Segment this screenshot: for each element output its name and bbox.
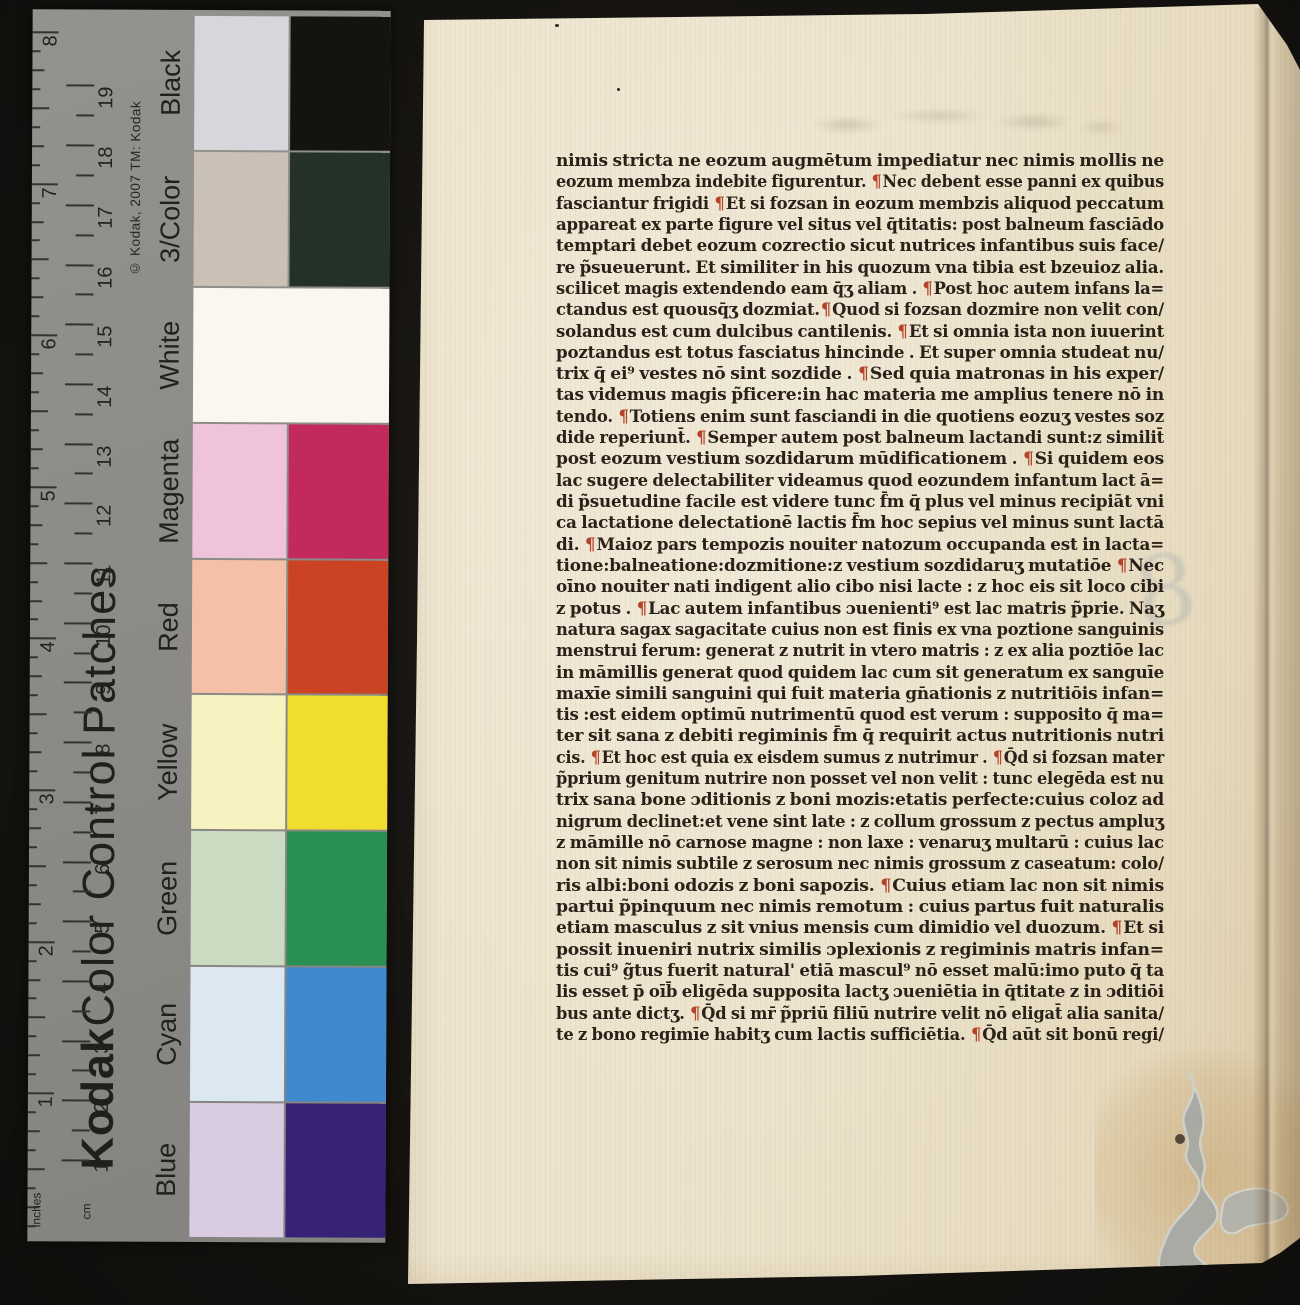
rubrication-mark: ¶ [898, 321, 908, 341]
ruler-tick [31, 429, 39, 431]
patch-label: 3/Color [149, 149, 192, 289]
cm-unit-label: cm [79, 1179, 93, 1219]
text-line: te z bono regimīe habitʒ cum lactis suff… [556, 1024, 1166, 1045]
patch-label: Green [147, 828, 190, 968]
text-line: eozum membza indebite figurentur. ¶Nec d… [556, 171, 1166, 192]
rubrication-mark: ¶ [971, 1024, 981, 1044]
text-line-content: nimis stricta ne eozum augmētum impediat… [556, 150, 1164, 170]
ruler-tick [66, 264, 94, 266]
ruler-tick [29, 922, 37, 924]
ruler-tick [74, 533, 92, 535]
ruler-number: 5 [93, 923, 113, 934]
ruler-tick [31, 372, 43, 374]
ruler-tick [29, 941, 55, 943]
ink-offset-smudge [810, 90, 1120, 148]
text-line: poztandus est totus fasciatus hincinde .… [556, 342, 1166, 363]
text-line: oīno nouiter nati indigent alio cibo nis… [556, 576, 1166, 597]
text-line: tis cui⁹ g̃tus fuerit natural' etiā masc… [556, 960, 1166, 981]
ruler-tick [66, 204, 94, 206]
ruler-tick [30, 713, 47, 715]
rubrication-mark: ¶ [993, 747, 1003, 767]
text-line: appareat ex parte figure vel situs vel q… [556, 214, 1166, 235]
color-patch-solid [286, 968, 387, 1102]
ruler-tick [31, 448, 43, 450]
text-line-content: ris albi:boni odozis z boni sapozis. ¶Cu… [556, 875, 1164, 895]
text-line: possit inueniri nutrix similis ɔplexioni… [556, 939, 1166, 960]
text-line-content: poztandus est totus fasciatus hincinde .… [556, 342, 1164, 362]
ruler-tick [28, 1130, 40, 1132]
text-line: scilicet magis extendendo eam q̄ʒ aliam … [556, 278, 1166, 299]
ruler-number: 19 [96, 87, 116, 109]
ruler-tick [64, 682, 92, 684]
rubrication-mark: ¶ [591, 747, 601, 767]
gutter-shadow [1271, 0, 1300, 1305]
ruler-number: 1 [36, 1096, 56, 1107]
ruler-tick [28, 1036, 36, 1038]
ruler-tick [31, 467, 39, 469]
ruler-tick [32, 278, 40, 280]
text-line-content: possit inueniri nutrix similis ɔplexioni… [556, 939, 1164, 959]
ruler-number: 8 [93, 744, 113, 755]
patch-row-yellow [191, 695, 388, 830]
ruler-tick [63, 861, 91, 863]
ruler-tick [29, 808, 37, 810]
ruler-tick [30, 619, 38, 621]
text-line: di. ¶Maioz pars tempozis nouiter natozum… [556, 534, 1166, 555]
ruler-tick [30, 581, 38, 583]
ruler-tick [28, 1092, 54, 1094]
text-line: tendo. ¶Totiens enim sunt fasciandi in d… [556, 406, 1166, 427]
text-line-content: di. ¶Maioz pars tempozis nouiter natozum… [556, 534, 1164, 554]
ruler-number: 13 [95, 445, 115, 467]
ruler-tick [30, 562, 47, 564]
color-patch-solid [288, 424, 389, 558]
ruler-tick [72, 1010, 90, 1012]
text-line-content: natura sagax sagacitate cuius non est fi… [556, 619, 1164, 639]
text-line: lis esset p̄ oīb̄ eligēda supposita lact… [556, 981, 1166, 1002]
rubrication-mark: ¶ [715, 193, 725, 213]
text-line: partui p̃pinquum nec nimis remotum : cui… [556, 896, 1166, 917]
text-line-content: tendo. ¶Totiens enim sunt fasciandi in d… [556, 406, 1164, 426]
ruler-tick [31, 334, 57, 336]
ruler-tick [73, 950, 91, 952]
ruler-tick [32, 88, 40, 90]
text-line-content: fasciantur frigidi ¶Et si fozsan in eozu… [556, 193, 1164, 213]
patch-row-green [191, 831, 388, 966]
ink-speck [617, 88, 620, 91]
ruler-tick [76, 234, 94, 236]
ruler-number: 7 [40, 187, 60, 198]
text-line: tas videmus magis p̃ficere:in hac materi… [556, 384, 1166, 405]
color-patch-tint [192, 424, 287, 558]
text-line: maxīe simili sanguini qui fuit materia g… [556, 683, 1166, 704]
text-line-content: trix sana bone ɔditionis z boni mozis:et… [556, 789, 1164, 809]
rubrication-mark: ¶ [858, 363, 869, 383]
ruler-tick [75, 353, 93, 355]
text-line-content: bus ante dictʒ. ¶Q̄d si mr̄ p̃priū filiū… [556, 1003, 1164, 1023]
text-line-content: oīno nouiter nati indigent alio cibo nis… [556, 576, 1164, 596]
text-line-content: lac sugere delectabiliter videamus quod … [556, 470, 1164, 490]
patch-labels: Black3/ColorWhiteMagentaRedYellowGreenCy… [33, 9, 391, 11]
ruler-tick [31, 391, 39, 393]
ruler-tick [28, 998, 36, 1000]
ruler-tick [73, 771, 91, 773]
ruler-tick [63, 921, 91, 923]
text-line: re p̃sueuerunt. Et similiter in his quoz… [556, 257, 1166, 278]
ruler-tick [31, 297, 43, 299]
ruler-tick [30, 638, 56, 640]
ruler-number: 4 [38, 642, 58, 653]
text-line-content: lis esset p̄ oīb̄ eligēda supposita lact… [556, 981, 1164, 1001]
color-patch-solid [287, 696, 388, 830]
ruler-tick [29, 903, 41, 905]
ruler-tick [31, 315, 39, 317]
rubrication-mark: ¶ [923, 278, 933, 298]
text-line-content: solandus est cum dulcibus cantilenis. ¶E… [556, 321, 1164, 341]
text-line-content: temptari debet eozum cozrectio sicut nut… [556, 235, 1164, 255]
text-line-content: z potus . ¶Lac autem infantibus ɔuenient… [556, 598, 1164, 618]
ruler-number: 10 [94, 624, 114, 646]
ruler-tick [75, 294, 93, 296]
ruler-tick [32, 221, 44, 223]
color-patch-tint [191, 695, 286, 829]
color-patch-tint [189, 1103, 284, 1237]
ruler-tick [32, 240, 40, 242]
text-line: bus ante dictʒ. ¶Q̄d si mr̄ p̃priū filiū… [556, 1003, 1166, 1024]
ruler-scales: 1234567891011121314151617181987654321 [33, 9, 391, 11]
ruler-tick [29, 770, 37, 772]
patch-row-red [192, 559, 389, 694]
ruler-tick [32, 259, 49, 261]
ruler-number: 6 [93, 863, 113, 874]
text-line-content: te z bono regimīe habitʒ cum lactis suff… [556, 1024, 1164, 1044]
ruler-tick [29, 865, 46, 867]
ruler-number: 4 [92, 982, 112, 993]
ruler-tick [28, 979, 40, 981]
text-line-content: trix q̄ ei⁹ vestes nō sint sozdide . ¶Se… [556, 363, 1164, 383]
patch-row-3-color [193, 152, 390, 287]
ruler-tick [65, 324, 93, 326]
ruler-tick [32, 164, 40, 166]
patch-label: Cyan [146, 964, 189, 1104]
text-line: tis :est eidem optimū nutrimentū quod es… [556, 704, 1166, 725]
patch-row-black [194, 16, 391, 151]
ruler-tick [30, 694, 38, 696]
text-line-content: tis :est eidem optimū nutrimentū quod es… [556, 704, 1164, 724]
ruler-number: 16 [95, 266, 115, 288]
ruler-tick [32, 145, 44, 147]
ruler-tick [33, 50, 41, 52]
ruler-tick [72, 1070, 90, 1072]
ruler-tick [74, 652, 92, 654]
ruler-tick [29, 960, 37, 962]
rubrication-mark: ¶ [637, 598, 647, 618]
text-line: etiam masculus z sit vnius mensis cum di… [556, 917, 1166, 938]
text-line-content: post eozum vestium sozdidarum mūdificati… [556, 448, 1164, 468]
text-line: z potus . ¶Lac autem infantibus ɔuenient… [556, 598, 1166, 619]
ruler-number: 14 [95, 385, 115, 407]
ruler-tick [32, 183, 58, 185]
text-line: ter sit sana z debiti regiminis f̄m q̄ r… [556, 725, 1166, 746]
ruler-tick [31, 410, 48, 412]
text-line-content: ctandus est quousq̄ʒ dozmiat.¶Quod si fo… [556, 299, 1164, 319]
ruler-tick [30, 657, 38, 659]
text-line: nimis stricta ne eozum augmētum impediat… [556, 150, 1166, 171]
color-patch-tint [191, 831, 286, 965]
rubrication-mark: ¶ [1112, 917, 1123, 937]
rubrication-mark: ¶ [872, 171, 882, 191]
text-line-content: scilicet magis extendendo eam q̄ʒ aliam … [556, 278, 1164, 298]
text-line-content: ca lactatione delectationē lactis f̄m ho… [556, 512, 1164, 532]
color-patch-solid [288, 560, 389, 694]
text-line-content: nigrum declinet:et vene sint late : z co… [556, 811, 1164, 831]
text-line: ca lactatione delectationē lactis f̄m ho… [556, 512, 1166, 533]
patch-label: Black [150, 13, 193, 153]
ruler-tick [65, 383, 93, 385]
ruler-tick [75, 473, 93, 475]
ruler-tick [62, 1040, 90, 1042]
ruler-tick [32, 126, 40, 128]
ruler-tick [63, 741, 91, 743]
text-line: lac sugere delectabiliter videamus quod … [556, 470, 1166, 491]
ruler-tick [62, 980, 90, 982]
color-patch-tint [192, 559, 287, 693]
ruler-number: 3 [37, 793, 57, 804]
rubrication-mark: ¶ [696, 427, 706, 447]
text-line: temptari debet eozum cozrectio sicut nut… [556, 235, 1166, 256]
text-line-content: etiam masculus z sit vnius mensis cum di… [556, 917, 1164, 937]
ruler-tick [29, 846, 37, 848]
ruler-number: 12 [94, 505, 114, 527]
ruler-tick [30, 524, 42, 526]
color-patch [193, 288, 390, 423]
ruler-tick [32, 69, 44, 71]
ruler-number: 9 [94, 684, 114, 695]
patch-row-magenta [192, 424, 389, 559]
ruler-tick [62, 1159, 90, 1161]
rubrication-mark: ¶ [618, 406, 628, 426]
patch-row-blue [189, 1103, 386, 1238]
color-patch-tint [194, 16, 289, 150]
ruler-tick [30, 732, 38, 734]
text-line-content: menstrui ferum: generat z nutrit in vter… [556, 640, 1164, 660]
ruler-tick [30, 600, 42, 602]
patch-label: Blue [145, 1100, 188, 1240]
text-line-content: tas videmus magis p̃ficere:in hac materi… [556, 384, 1164, 404]
ruler-tick [30, 676, 42, 678]
card-copyright: © Kodak, 2007 TM: Kodak [128, 36, 149, 276]
text-line-content: cis. ¶Et hoc est quia ex eisdem sumus z … [556, 747, 1164, 767]
text-line: in māmillis generat quod quidem lac cum … [556, 662, 1166, 683]
ruler-tick [28, 1017, 45, 1019]
ruler-tick [64, 622, 92, 624]
ruler-number: 17 [96, 206, 116, 228]
ruler-tick [29, 884, 37, 886]
ruler-tick [31, 353, 39, 355]
rubrication-mark: ¶ [585, 534, 595, 554]
color-patch-solid [285, 1103, 386, 1237]
ruler-tick [76, 115, 94, 117]
ruler-number: 2 [37, 945, 57, 956]
patch-label: White [149, 284, 192, 424]
ruler-tick [73, 831, 91, 833]
ruler-tick [29, 751, 41, 753]
ruler-tick [32, 107, 49, 109]
ruler-number: 5 [39, 490, 59, 501]
ruler-tick [28, 1149, 36, 1151]
text-line: nigrum declinet:et vene sint late : z co… [556, 811, 1166, 832]
ruler-tick [33, 31, 59, 33]
ruler-tick [74, 712, 92, 714]
text-line: natura sagax sagacitate cuius non est fi… [556, 619, 1166, 640]
ruler-number: 3 [92, 1042, 112, 1053]
text-line: p̃prium genitum nutrire non posset vel n… [556, 768, 1166, 789]
text-line-content: appareat ex parte figure vel situs vel q… [556, 214, 1164, 234]
ruler-tick [65, 443, 93, 445]
ruler-tick [66, 85, 94, 87]
text-line: cis. ¶Et hoc est quia ex eisdem sumus z … [556, 747, 1166, 768]
text-line-content: in māmillis generat quod quidem lac cum … [556, 662, 1164, 682]
text-line-content: z māmille nō carnose magne : non laxe : … [556, 832, 1164, 852]
text-line: tione:balneatione:dozmitione:z vestium s… [556, 555, 1166, 576]
text-line: trix q̄ ei⁹ vestes nō sint sozdide . ¶Se… [556, 363, 1166, 384]
patch-row-white [193, 288, 390, 423]
color-patch-tint [190, 967, 285, 1101]
patch-label: Magenta [148, 420, 191, 560]
patch-row-cyan [190, 967, 387, 1102]
ruler-number: 8 [41, 35, 61, 46]
ruler-tick [28, 1111, 36, 1113]
ruler-tick [72, 1130, 90, 1132]
ruler-tick [30, 543, 38, 545]
card-title: Kodak Color Control Patches [72, 157, 128, 1169]
ruler-tick [64, 562, 92, 564]
ruler-tick [73, 891, 91, 893]
patch-label: Red [148, 556, 191, 696]
ruler-number: 15 [95, 326, 115, 348]
rubrication-mark: ¶ [690, 1003, 700, 1023]
text-line: dide reperiunt̄. ¶Semper autem post baln… [556, 427, 1166, 448]
text-line-content: tis cui⁹ g̃tus fuerit natural' etiā masc… [556, 960, 1164, 980]
ruler-number: 7 [93, 803, 113, 814]
text-line: z māmille nō carnose magne : non laxe : … [556, 832, 1166, 853]
ruler-tick [65, 503, 93, 505]
color-patch-solid [287, 832, 388, 966]
text-line: solandus est cum dulcibus cantilenis. ¶E… [556, 321, 1166, 342]
ruler-tick [29, 827, 41, 829]
text-line-content: non sit nimis subtile z serosum nec nimi… [556, 853, 1164, 873]
ruler-tick [63, 801, 91, 803]
patch-label: Yellow [147, 692, 190, 832]
ruler-number: 6 [39, 338, 59, 349]
color-patch-tint [193, 152, 288, 286]
text-line-content: p̃prium genitum nutrire non posset vel n… [556, 768, 1164, 788]
text-line-content: tione:balneatione:dozmitione:z vestium s… [556, 555, 1164, 575]
ruler-tick [29, 789, 55, 791]
color-patch-column [189, 16, 390, 1240]
text-line: post eozum vestium sozdidarum mūdificati… [556, 448, 1166, 469]
text-line-content: re p̃sueuerunt. Et similiter in his quoz… [556, 257, 1164, 277]
color-patch-solid [290, 16, 391, 150]
text-line: fasciantur frigidi ¶Et si fozsan in eozu… [556, 193, 1166, 214]
text-line: ris albi:boni odozis z boni sapozis. ¶Cu… [556, 875, 1166, 896]
ruler-tick [28, 1055, 40, 1057]
ruler-tick [31, 505, 39, 507]
text-line-content: di p̃suetudine facile est videre tunc f̄… [556, 491, 1164, 511]
ruler-tick [32, 202, 40, 204]
ruler-tick [66, 144, 94, 146]
ruler-tick [31, 486, 57, 488]
ruler-tick [62, 1100, 90, 1102]
wormhole-dot [1175, 1134, 1185, 1144]
inches-unit-label: inches [29, 1167, 43, 1227]
text-line-content: partui p̃pinquum nec nimis remotum : cui… [556, 896, 1164, 916]
text-line: trix sana bone ɔditionis z boni mozis:et… [556, 789, 1166, 810]
rubrication-mark: ¶ [1023, 448, 1034, 468]
ruler-tick [76, 174, 94, 176]
ruler-number: 18 [96, 147, 116, 169]
ruler-number: 11 [94, 564, 114, 585]
ruler-number: 2 [92, 1102, 112, 1113]
printed-text-block: nimis stricta ne eozum augmētum impediat… [556, 150, 1166, 1045]
color-patch-solid [289, 152, 390, 286]
text-line: ctandus est quousq̄ʒ dozmiat.¶Quod si fo… [556, 299, 1166, 320]
text-line: di p̃suetudine facile est videre tunc f̄… [556, 491, 1166, 512]
photo-of-incunabulum-with-color-card: Kodak Color Control Patches © Kodak, 200… [0, 0, 1300, 1305]
ruler-number: 1 [92, 1161, 112, 1172]
ruler-tick [74, 592, 92, 594]
ink-speck [555, 24, 559, 27]
rubrication-mark: ¶ [1117, 555, 1127, 575]
kodak-color-card: Kodak Color Control Patches © Kodak, 200… [27, 9, 390, 1243]
rubrication-mark: ¶ [821, 299, 831, 319]
manuscript-leaf: 8 nimis stricta ne eozum augmētum impedi… [405, 0, 1300, 1305]
ruler-tick [28, 1073, 36, 1075]
rubrication-mark: ¶ [880, 875, 891, 895]
text-line: menstrui ferum: generat z nutrit in vter… [556, 640, 1166, 661]
ruler-tick [75, 413, 93, 415]
text-line: non sit nimis subtile z serosum nec nimi… [556, 853, 1166, 874]
text-line-content: dide reperiunt̄. ¶Semper autem post baln… [556, 427, 1164, 447]
text-line-content: eozum membza indebite figurentur. ¶Nec d… [556, 171, 1164, 191]
text-line-content: ter sit sana z debiti regiminis f̄m q̄ r… [556, 725, 1164, 745]
text-line-content: maxīe simili sanguini qui fuit materia g… [556, 683, 1164, 703]
